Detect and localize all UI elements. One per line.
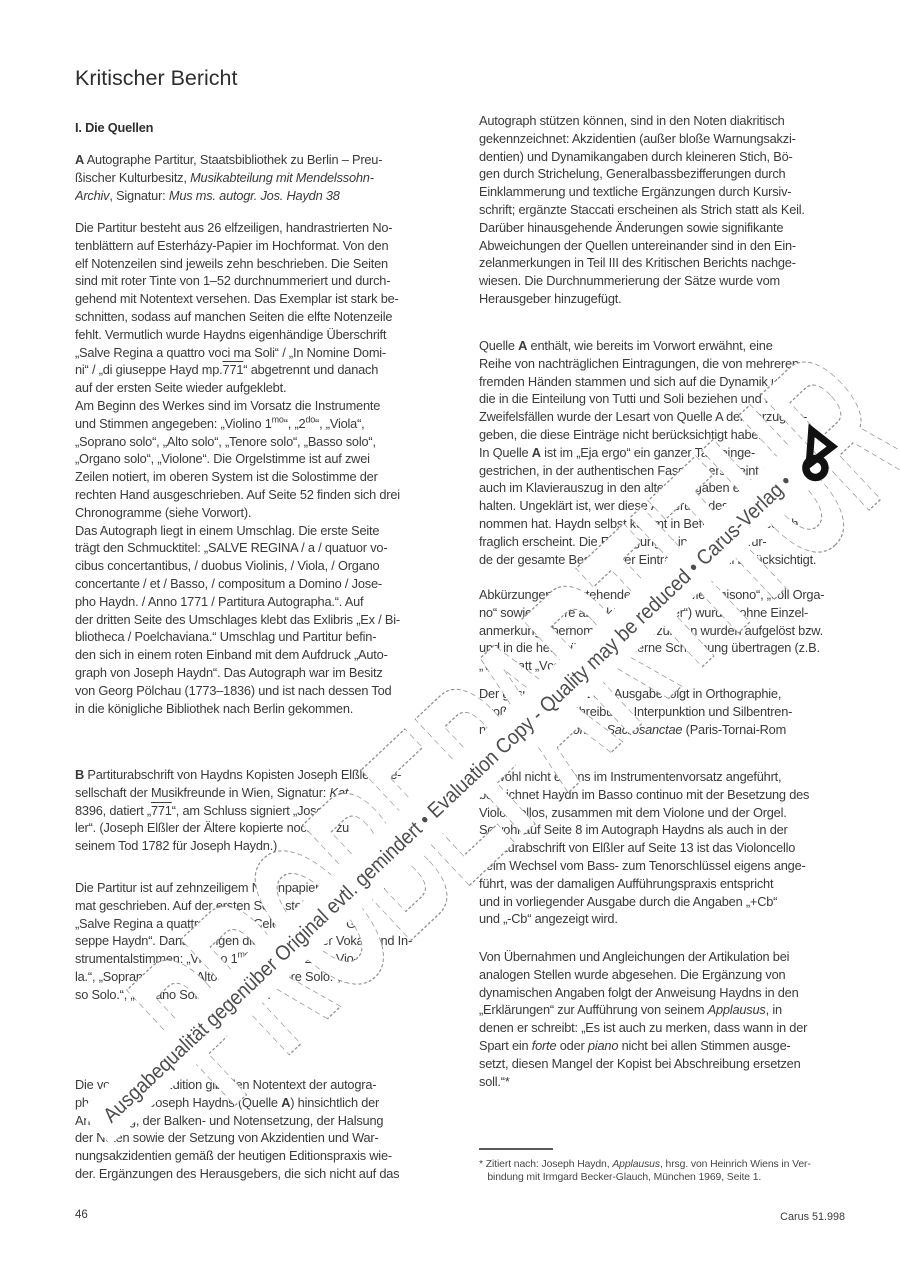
paragraph-quelle-a-entries: Quelle A enthält, wie bereits im Vorwort… — [479, 337, 847, 568]
page-title: Kritischer Bericht — [75, 70, 441, 88]
paragraph-abbreviations: Abkürzungen und stehende Angaben wie „un… — [479, 586, 847, 675]
paragraph-copy-description: Die Partitur ist auf zehnzeiligem Notenp… — [75, 879, 441, 1004]
paragraph-violoncello: Obwohl nicht eigens im Instrumentenvorsa… — [479, 768, 847, 928]
footnote: * Zitiert nach: Joseph Haydn, Applausus,… — [479, 1158, 847, 1184]
paragraph-text-orthography: Der gesungene Text der Ausgabe folgt in … — [479, 685, 847, 738]
catalog-number: Carus 51.998 — [700, 1211, 845, 1223]
paragraph-autograph-description: Die Partitur besteht aus 26 elfzeiligen,… — [75, 219, 441, 717]
paragraph-source-b: B Partiturabschrift von Haydns Kopisten … — [75, 766, 441, 855]
paragraph-source-a: A Autographe Partitur, Staatsbibliothek … — [75, 151, 441, 204]
section-heading: I. Die Quellen — [75, 119, 441, 137]
footnote-rule — [479, 1148, 553, 1150]
right-column: Autograph stützen können, sind in den No… — [479, 0, 847, 1205]
scanned-document-page: { "doc": { "title": "Kritischer Bericht"… — [0, 0, 900, 1274]
left-column: Kritischer Bericht I. Die Quellen A Auto… — [75, 0, 441, 1205]
paragraph-edition-notes: Die vorliegende Edition gibt den Notente… — [75, 1076, 441, 1183]
paragraph-articulation: Von Übernahmen und Angleichungen der Art… — [479, 948, 847, 1090]
page-number: 46 — [75, 1209, 88, 1221]
paragraph-editorial-markings: Autograph stützen können, sind in den No… — [479, 112, 847, 308]
